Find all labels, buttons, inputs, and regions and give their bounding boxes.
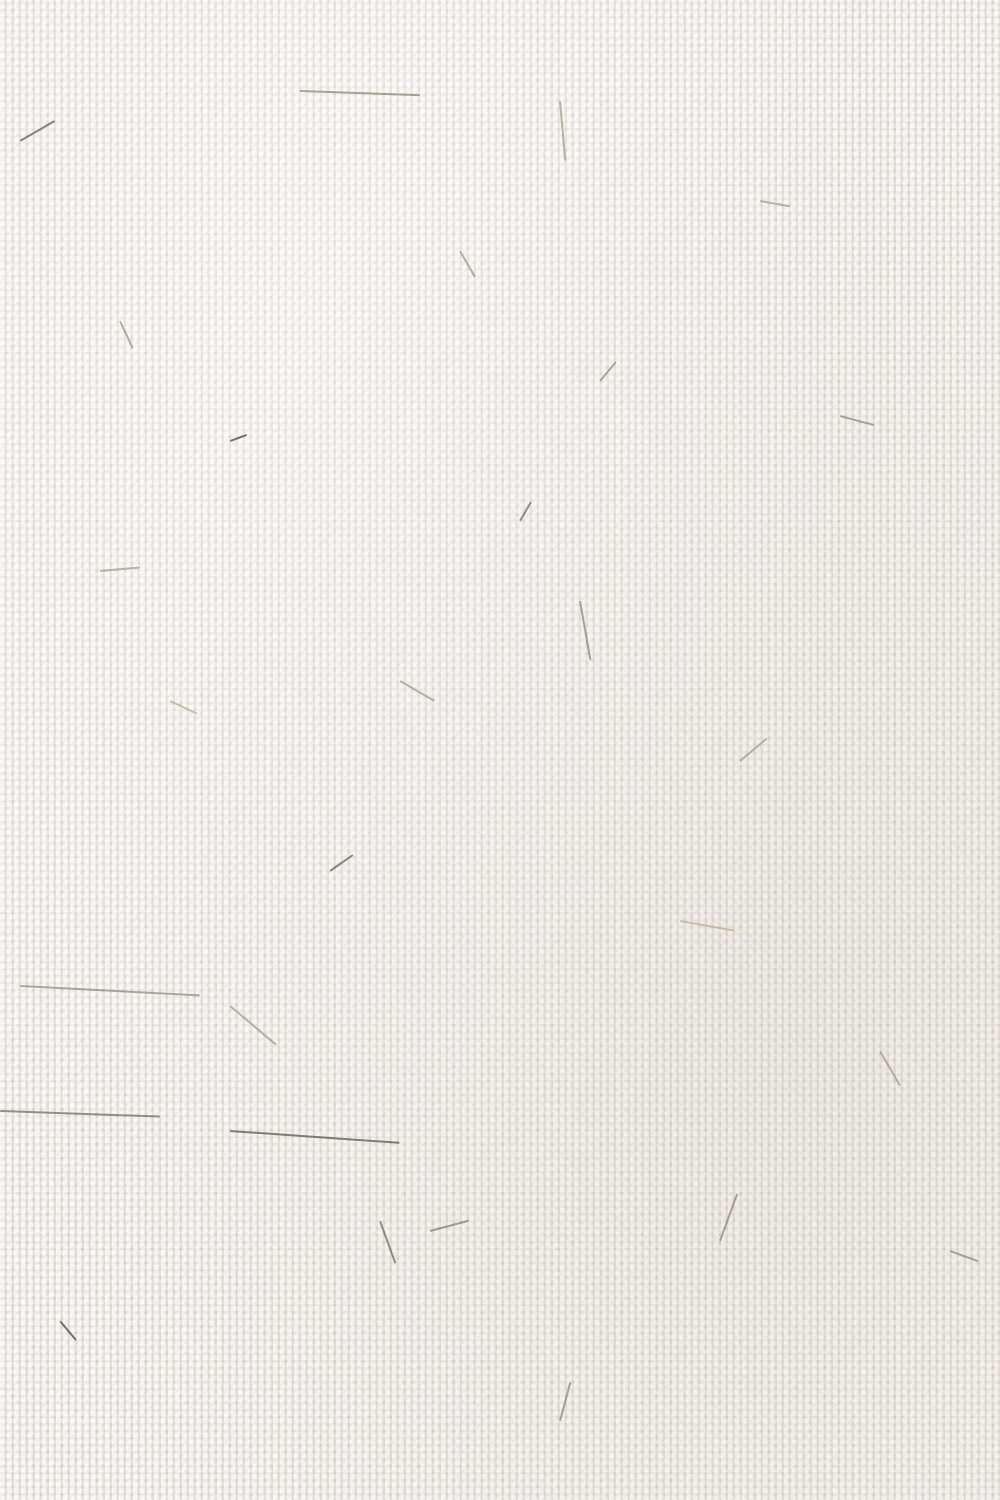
- linen-fabric-photo: [0, 0, 1000, 1500]
- weave-texture: [0, 0, 1000, 1500]
